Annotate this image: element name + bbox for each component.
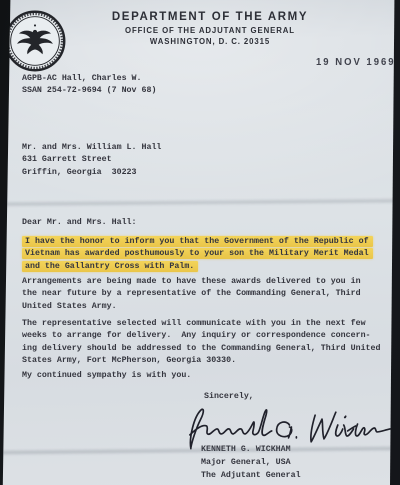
recipient-address: Mr. and Mrs. William L. Hall 631 Garrett… (22, 142, 161, 179)
body-paragraph-2: Arrangements are being made to have thes… (22, 276, 388, 313)
highlight-mark: I have the honor to inform you that the … (22, 236, 373, 272)
photo-frame: DEPARTMENT OF THE ARMY OFFICE OF THE ADJ… (0, 0, 400, 485)
letterhead-city: WASHINGTON, D. C. 20315 (60, 37, 360, 46)
signer-title: The Adjutant General (201, 470, 301, 482)
reference-block: AGPB-AC Hall, Charles W. SSAN 254-72-969… (22, 73, 156, 98)
signer-rank: Major General, USA (201, 457, 291, 469)
letterhead: DEPARTMENT OF THE ARMY OFFICE OF THE ADJ… (60, 11, 360, 46)
date-stamp: 19 NOV 1969 (316, 57, 396, 69)
paper-crease (0, 445, 400, 456)
letterhead-office: OFFICE OF THE ADJUTANT GENERAL (60, 26, 360, 35)
closing-line: My continued sympathy is with you. (22, 370, 191, 382)
letter-paper: DEPARTMENT OF THE ARMY OFFICE OF THE ADJ… (0, 0, 400, 485)
letterhead-department: DEPARTMENT OF THE ARMY (60, 11, 360, 23)
paper-crease (0, 197, 400, 207)
body-paragraph-3: The representative selected will communi… (22, 318, 394, 367)
salutation: Dear Mr. and Mrs. Hall: (22, 217, 137, 229)
highlighted-paragraph: I have the honor to inform you that the … (22, 236, 388, 273)
army-seal-icon (2, 8, 68, 74)
